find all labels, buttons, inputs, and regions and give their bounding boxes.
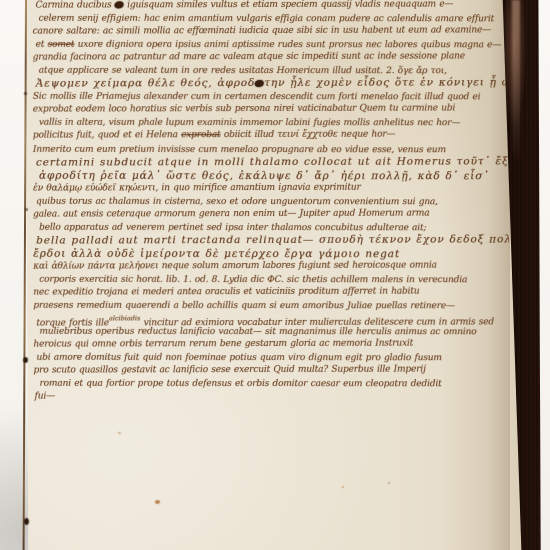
- manuscript-line: ubi amore domitus fuit quid non foeminae…: [36, 352, 509, 366]
- manuscript-line: muliebribus operibus reductus lanificio …: [39, 326, 509, 340]
- ink-blot: [115, 1, 124, 8]
- manuscript-line: fui—: [34, 390, 509, 404]
- wormhole-spot: [23, 357, 28, 363]
- manuscript-line: pro scuto quasillos gestavit ac lanifici…: [33, 364, 509, 378]
- manuscript-line: et somet uxore digniora opera ipsius ani…: [36, 39, 509, 53]
- page-left-edge: [23, 0, 28, 550]
- manuscript-line: praesens remedium quaerendi a bello achi…: [33, 300, 509, 314]
- foxing-spot: [342, 486, 344, 488]
- wormhole-spot: [25, 208, 28, 211]
- manuscript-line: grandia facinora ac patrantur ad mare ac…: [33, 51, 509, 65]
- interlinear-insertion: alcibiadis: [109, 314, 140, 322]
- foxing-spot: [155, 500, 160, 504]
- manuscript-line: Ἀεψομεν χείμαρα θέλε θεός, ἀφροδτην ᾗλε …: [36, 77, 509, 91]
- manuscript-line: nec expeditio trojana ei mederi antea or…: [33, 285, 509, 299]
- manuscript-line: καὶ ἀθλίων πάντα μελήονει neque solum am…: [33, 259, 509, 273]
- struck-out-word: exprobat: [181, 131, 220, 141]
- manuscript-line: heroicus qui omne orbis terrarum rerum b…: [33, 338, 509, 352]
- handwritten-text-block: Carmina ducibus iguisquam similes vultus…: [32, 0, 509, 408]
- wormhole-spot: [24, 92, 27, 95]
- foxing-spot: [388, 482, 390, 484]
- manuscript-line: Inmerito cum eum pretium invisisse cum m…: [33, 143, 509, 157]
- manuscript-line: bella palladi aut marti tractanda relinq…: [36, 233, 509, 247]
- manuscript-line: torque fortis illealcibiadis vincitur ad…: [36, 312, 509, 326]
- manuscript-line: romani et qua fortior prope totus defens…: [39, 378, 509, 392]
- manuscript-line: ἐν θαλάμῳ εὐώδεϊ κηώεντι, in quo mirific…: [33, 181, 509, 195]
- manuscript-line: exprobat eodem loco horatius sic verbis …: [33, 103, 509, 117]
- manuscript-line: Carmina ducibus iguisquam similes vultus…: [35, 0, 508, 13]
- manuscript-line: canore saltare: ac simili mollia ac effœ…: [33, 24, 509, 38]
- manuscript-line: ἀφροδίτη ῥεῖα μάλ᾽ ὥστε θεός, ἐκάλυψε δ᾽…: [39, 169, 509, 183]
- manuscript-line: bello apparatus ad venerem pertinet sed …: [39, 221, 509, 235]
- foxing-spot: [118, 432, 121, 434]
- binding-highlight: [512, 0, 521, 165]
- manuscript-line: galea. aut ensis ceteraque armorum gener…: [33, 207, 509, 221]
- manuscript-line: celerem senij effigiem: hac enim amantiu…: [39, 13, 509, 27]
- manuscript-line: Sic mollis ille Priamejus alexander cum …: [33, 91, 509, 105]
- struck-out-word: somet: [48, 40, 75, 50]
- manuscript-line: ἔρδοι ἀλλὰ οὐδὲ ἱμείροντα δὲ μετέρχεο ἔρ…: [33, 248, 509, 262]
- manuscript-line: pollicitus fuit, quod et ei Helena expro…: [33, 129, 509, 143]
- manuscript-line: atque applicare se valeant tum in ore re…: [39, 65, 509, 79]
- wormhole-spot: [24, 518, 29, 525]
- ink-blot: [255, 80, 264, 87]
- manuscript-photo: Carmina ducibus iguisquam similes vultus…: [0, 0, 550, 550]
- manuscript-line: quibus torus ac thalamus in cisterna, se…: [36, 195, 509, 209]
- manuscript-line: vallis in altera, visum phale lupum exam…: [39, 117, 509, 131]
- manuscript-line: corporis exercitia sic horat. lib. 1. od…: [39, 274, 509, 288]
